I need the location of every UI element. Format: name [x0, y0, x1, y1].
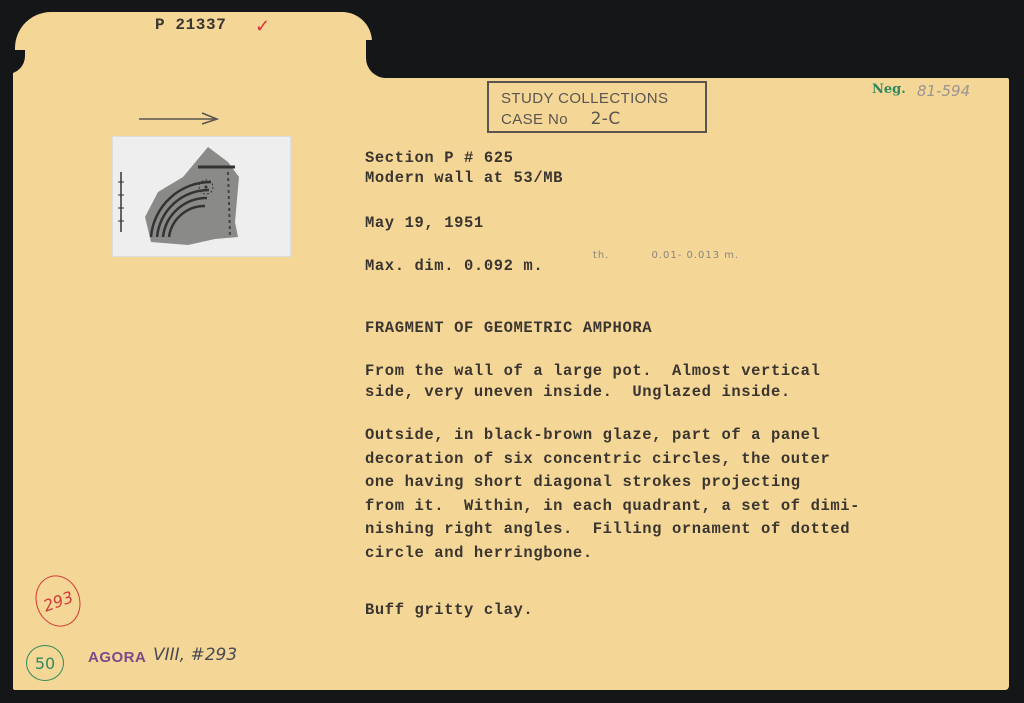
check-mark-icon: ✓	[255, 16, 270, 37]
orientation-arrow-icon	[138, 112, 220, 126]
inventory-number: P 21337	[155, 16, 226, 34]
section-info: Section P # 625 Modern wall at 53/MB	[365, 148, 563, 188]
publication-reference: VIII, #293	[153, 645, 237, 665]
case-label: CASE No	[501, 111, 568, 128]
clay-description: Buff gritty clay.	[365, 600, 533, 620]
stamp-line-1: STUDY COLLECTIONS	[501, 89, 705, 109]
description-paragraph-2: Outside, in black-brown glaze, part of a…	[365, 424, 860, 565]
stamp-line-2: CASE No 2-C	[501, 109, 705, 130]
publication-stamp: AGORA	[88, 649, 146, 666]
thickness-annotation: th.0.01- 0.013 m.	[593, 250, 739, 261]
findspot: Modern wall at 53/MB	[365, 169, 563, 187]
section-number: Section P # 625	[365, 149, 514, 167]
case-number: 2-C	[591, 109, 621, 129]
description-paragraph-1: From the wall of a large pot. Almost ver…	[365, 361, 820, 403]
negative-label: Neg.	[872, 82, 906, 97]
find-date: May 19, 1951	[365, 213, 484, 233]
object-title: FRAGMENT OF GEOMETRIC AMPHORA	[365, 318, 652, 338]
circled-number-green: 50	[26, 645, 64, 681]
max-dimension: Max. dim. 0.092 m.	[365, 256, 543, 276]
study-collections-stamp: STUDY COLLECTIONS CASE No 2-C	[487, 81, 707, 133]
thickness-value: 0.01- 0.013 m.	[651, 250, 739, 261]
fragment-photo	[112, 136, 291, 257]
thickness-label: th.	[593, 250, 609, 261]
amphora-fragment-image	[113, 137, 290, 256]
negative-number: 81-594	[917, 82, 970, 100]
